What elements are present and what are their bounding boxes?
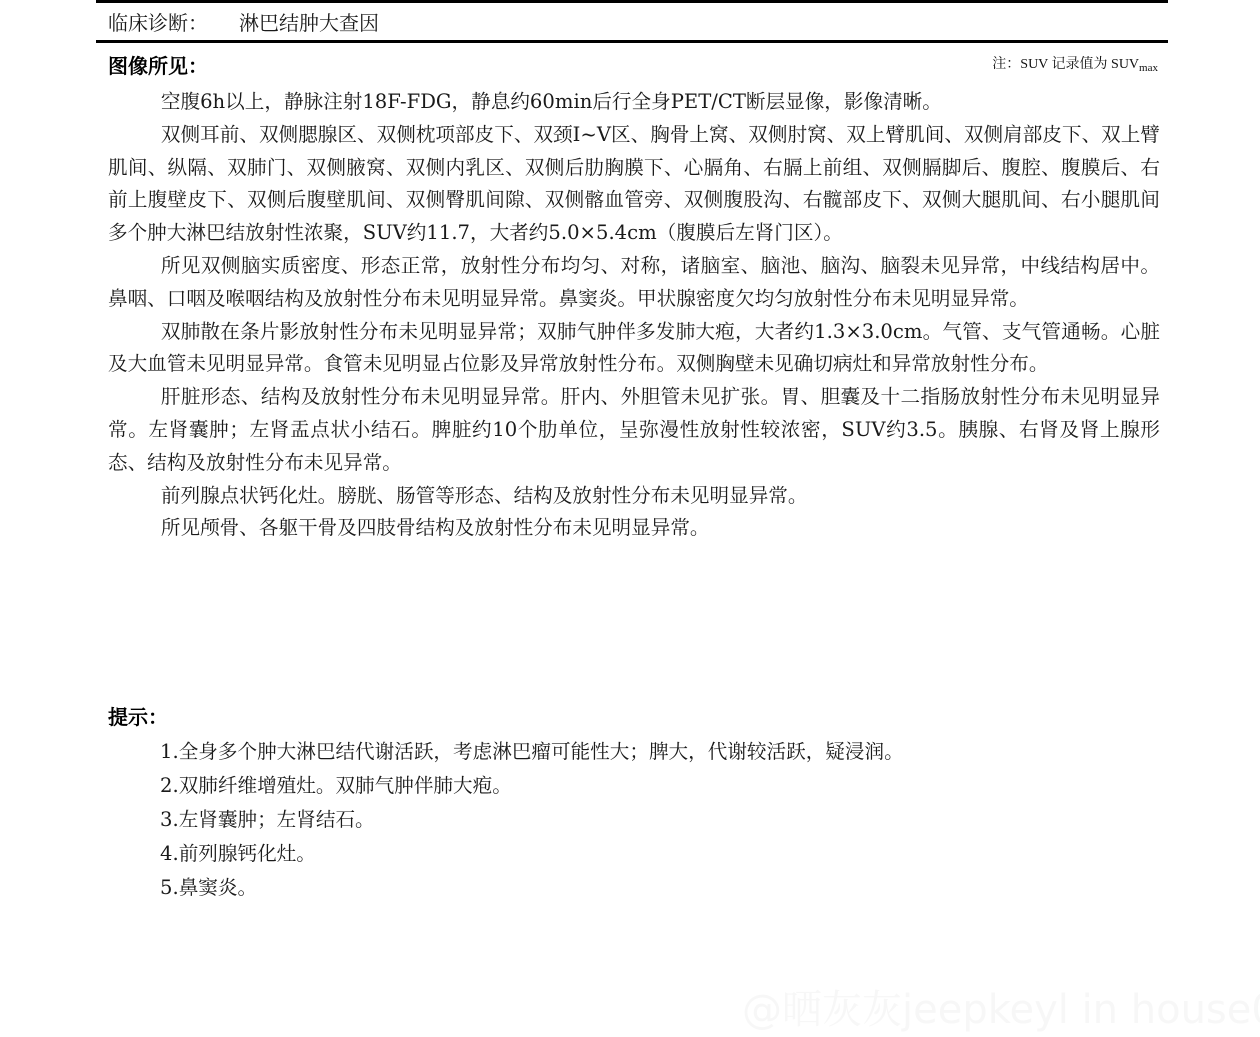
impression-item: 5.鼻窦炎。: [160, 871, 904, 905]
findings-paragraph: 前列腺点状钙化灶。膀胱、肠管等形态、结构及放射性分布未见明显异常。: [108, 480, 1160, 513]
findings-paragraph: 双肺散在条片影放射性分布未见明显异常；双肺气肿伴多发肺大疱，大者约1.3×3.0…: [108, 316, 1160, 382]
clinical-diagnosis-value: 淋巴结肿大查因: [239, 11, 379, 35]
watermark: @晒灰灰jeepkeyl in house088: [742, 978, 1260, 1035]
clinical-diagnosis-label: 临床诊断：: [108, 9, 239, 37]
findings-paragraph: 所见颅骨、各躯干骨及四肢骨结构及放射性分布未见明显异常。: [108, 512, 1160, 545]
suv-note-subscript: max: [1139, 62, 1158, 74]
findings-body: 空腹6h以上，静脉注射18F-FDG，静息约60min后行全身PET/CT断层显…: [108, 86, 1160, 545]
section-divider: [96, 40, 1168, 43]
top-rule: [96, 0, 1168, 3]
findings-paragraph: 双侧耳前、双侧腮腺区、双侧枕项部皮下、双颈Ⅰ~Ⅴ区、胸骨上窝、双侧肘窝、双上臂肌…: [108, 119, 1160, 250]
findings-paragraph: 肝脏形态、结构及放射性分布未见明显异常。肝内、外胆管未见扩张。胃、胆囊及十二指肠…: [108, 381, 1160, 479]
findings-title: 图像所见：: [108, 50, 208, 79]
suv-note: 注：SUV 记录值为 SUVmax: [992, 53, 1158, 74]
impression-item: 4.前列腺钙化灶。: [160, 837, 904, 871]
clinical-diagnosis-row: 临床诊断：淋巴结肿大查因: [108, 9, 379, 37]
impression-item: 1.全身多个肿大淋巴结代谢活跃，考虑淋巴瘤可能性大；脾大，代谢较活跃，疑浸润。: [160, 735, 904, 769]
impression-item: 3.左肾囊肿；左肾结石。: [160, 803, 904, 837]
impression-title: 提示：: [108, 701, 168, 730]
impression-item: 2.双肺纤维增殖灶。双肺气肿伴肺大疱。: [160, 769, 904, 803]
impression-list: 1.全身多个肿大淋巴结代谢活跃，考虑淋巴瘤可能性大；脾大，代谢较活跃，疑浸润。 …: [160, 735, 904, 905]
suv-note-text: 注：SUV 记录值为 SUV: [992, 57, 1139, 72]
findings-paragraph: 空腹6h以上，静脉注射18F-FDG，静息约60min后行全身PET/CT断层显…: [108, 86, 1160, 119]
findings-paragraph: 所见双侧脑实质密度、形态正常，放射性分布均匀、对称，诸脑室、脑池、脑沟、脑裂未见…: [108, 250, 1160, 316]
